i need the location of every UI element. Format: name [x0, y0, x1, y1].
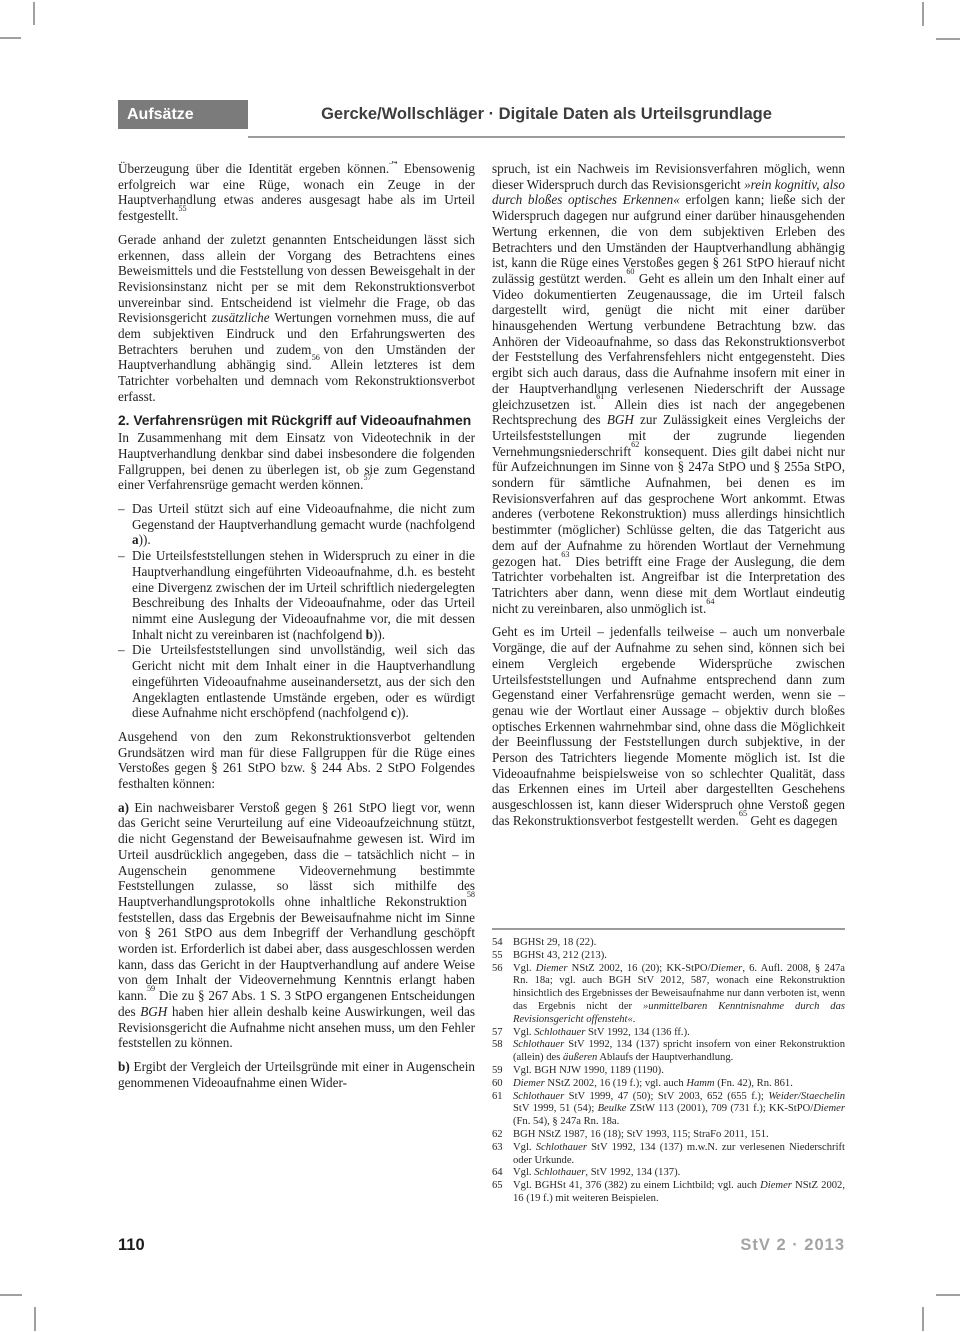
footnote-ref: 56 [312, 353, 320, 362]
document-page: Aufsätze Gercke/Wollschläger · Digitale … [0, 0, 960, 1332]
footnote-ref: 58 [467, 890, 475, 899]
footnote-number: 65 [492, 1180, 513, 1206]
paragraph: Gerade anhand der zuletzt genannten Ents… [118, 232, 475, 405]
footnote-number: 62 [492, 1129, 513, 1142]
footnote-text: BGHSt 29, 18 (22). [513, 937, 845, 950]
crop-mark [922, 1307, 924, 1331]
footnote-ref: 64 [706, 597, 714, 606]
footnote: 58Schlothauer StV 1992, 134 (137) sprich… [492, 1039, 845, 1065]
crop-mark [0, 1294, 22, 1296]
bullet-dash: – [118, 548, 132, 642]
right-column: spruch, ist ein Nachweis im Revisionsver… [492, 161, 845, 1238]
footnote-number: 55 [492, 950, 513, 963]
footnote-text: Vgl. BGHSt 41, 376 (382) zu einem Lichtb… [513, 1180, 845, 1206]
footnote: 65Vgl. BGHSt 41, 376 (382) zu einem Lich… [492, 1180, 845, 1206]
header-rule [248, 136, 845, 138]
list-item: –Das Urteil stützt sich auf eine Videoau… [118, 501, 475, 548]
footnote: 59Vgl. BGH NJW 1990, 1189 (1190). [492, 1065, 845, 1078]
footnote-ref: 54 [389, 161, 397, 166]
paragraph: spruch, ist ein Nachweis im Revisionsver… [492, 161, 845, 616]
footnote-text: Diemer NStZ 2002, 16 (19 f.); vgl. auch … [513, 1078, 845, 1091]
footnote-number: 58 [492, 1039, 513, 1065]
footnote-ref: 63 [561, 550, 569, 559]
footnote-ref: 55 [178, 204, 186, 213]
footnote-ref: 60 [626, 267, 634, 276]
footnote-number: 56 [492, 963, 513, 1027]
running-title: Gercke/Wollschläger · Digitale Daten als… [248, 100, 845, 129]
crop-mark [34, 1307, 36, 1331]
paragraph: Ausgehend von den zum Rekonstruktionsver… [118, 729, 475, 792]
list-item: –Die Urteilsfeststellungen stehen in Wid… [118, 548, 475, 642]
footnote-ref: 62 [631, 440, 639, 449]
crop-mark [922, 2, 924, 26]
footnote: 56Vgl. Diemer NStZ 2002, 16 (20); KK-StP… [492, 963, 845, 1027]
footnote-number: 54 [492, 937, 513, 950]
article-body: Überzeugung über die Identität ergeben k… [118, 161, 845, 1238]
right-column-text: spruch, ist ein Nachweis im Revisionsver… [492, 161, 845, 923]
footnote: 61Schlothauer StV 1999, 47 (50); StV 200… [492, 1091, 845, 1129]
section-heading: 2. Verfahrensrügen mit Rückgriff auf Vid… [118, 413, 475, 429]
footnote: 57Vgl. Schlothauer StV 1992, 134 (136 ff… [492, 1027, 845, 1040]
footnote: 64Vgl. Schlothauer, StV 1992, 134 (137). [492, 1167, 845, 1180]
paragraph: In Zusammenhang mit dem Einsatz von Vide… [118, 430, 475, 493]
left-column-text: Überzeugung über die Identität ergeben k… [118, 161, 475, 1098]
footnote-text: Schlothauer StV 1992, 134 (137) spricht … [513, 1039, 845, 1065]
footnote: 60Diemer NStZ 2002, 16 (19 f.); vgl. auc… [492, 1078, 845, 1091]
crop-mark [0, 37, 21, 39]
footnote-number: 61 [492, 1091, 513, 1129]
footnote: 54BGHSt 29, 18 (22). [492, 937, 845, 950]
footnotes-list: 54BGHSt 29, 18 (22).55BGHSt 43, 212 (213… [492, 937, 845, 1206]
footnote-number: 64 [492, 1167, 513, 1180]
left-column: Überzeugung über die Identität ergeben k… [118, 161, 475, 1238]
footnote-text: Vgl. BGH NJW 1990, 1189 (1190). [513, 1065, 845, 1078]
list-item-text: Die Urteilsfeststellungen stehen in Wide… [132, 548, 475, 642]
list-item: –Die Urteilsfeststellungen sind unvollst… [118, 642, 475, 721]
footnote-number: 57 [492, 1027, 513, 1040]
footnote-text: Vgl. Schlothauer StV 1992, 134 (136 ff.)… [513, 1027, 845, 1040]
crop-mark [936, 1294, 960, 1296]
footnote-ref: 61 [596, 392, 604, 401]
footnote-text: Vgl. Schlothauer StV 1992, 134 (137) m.w… [513, 1142, 845, 1168]
footnote-ref: 57 [363, 473, 371, 482]
journal-issue: StV 2 · 2013 [740, 1236, 845, 1255]
footnote-ref: 59 [147, 984, 155, 993]
bullet-dash: – [118, 642, 132, 721]
footnote-text: Schlothauer StV 1999, 47 (50); StV 2003,… [513, 1091, 845, 1129]
footnote-number: 60 [492, 1078, 513, 1091]
paragraph: a) Ein nachweisbarer Verstoß gegen § 261… [118, 800, 475, 1051]
footnote-ref: 65 [739, 809, 747, 818]
footnote: 55BGHSt 43, 212 (213). [492, 950, 845, 963]
footnote-text: BGH NStZ 1987, 16 (18); StV 1993, 115; S… [513, 1129, 845, 1142]
paragraph: Geht es im Urteil – jedenfalls teilweise… [492, 624, 845, 828]
page-number: 110 [118, 1236, 145, 1255]
footnote: 62BGH NStZ 1987, 16 (18); StV 1993, 115;… [492, 1129, 845, 1142]
section-label: Aufsätze [118, 100, 248, 129]
paragraph: b) Ergibt der Vergleich der Urteilsgründ… [118, 1059, 475, 1090]
footnote-number: 59 [492, 1065, 513, 1078]
list-item-text: Das Urteil stützt sich auf eine Videoauf… [132, 501, 475, 548]
crop-mark [33, 2, 35, 25]
footnotes-section: 54BGHSt 29, 18 (22).55BGHSt 43, 212 (213… [492, 928, 845, 1206]
footnote-number: 63 [492, 1142, 513, 1168]
page-footer: 110 StV 2 · 2013 [118, 1236, 845, 1255]
footnote: 63Vgl. Schlothauer StV 1992, 134 (137) m… [492, 1142, 845, 1168]
footnote-text: Vgl. Diemer NStZ 2002, 16 (20); KK-StPO/… [513, 963, 845, 1027]
footnote-text: BGHSt 43, 212 (213). [513, 950, 845, 963]
paragraph: Überzeugung über die Identität ergeben k… [118, 161, 475, 224]
bullet-dash: – [118, 501, 132, 548]
footnote-text: Vgl. Schlothauer, StV 1992, 134 (137). [513, 1167, 845, 1180]
list-item-text: Die Urteilsfeststellungen sind unvollstä… [132, 642, 475, 721]
crop-mark [936, 38, 960, 40]
